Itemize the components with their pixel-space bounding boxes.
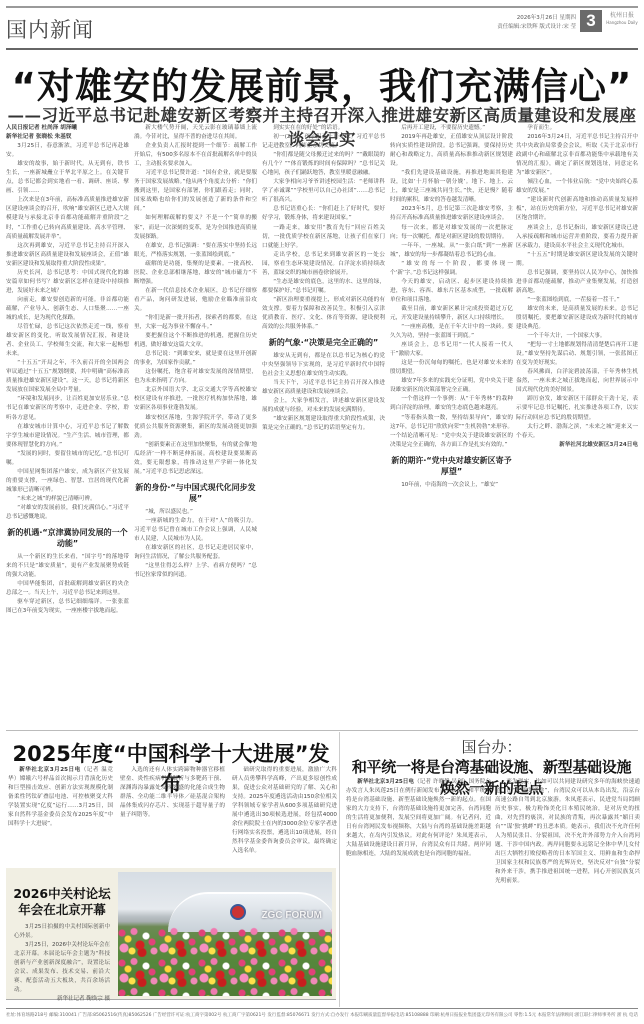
paragraph: 在雄安，总书记强调：“要在落实中坚持长远眼光，严格落实规划，一张蓝图绘到底。” [134,242,257,260]
section-name: 国内新闻 [6,14,94,44]
paragraph: 2023年5月，总书记第三次赴雄安考察，主持召开高标准高质量推进雄安新区建设座谈… [390,205,513,223]
paragraph: 踔厉奋发，雄安新区干部群众干劲十足，表示要牢记总书记嘱托，扎实推进各项工作，以实… [516,395,638,422]
issue-meta: 2026年3月26日 星期四 责任编辑:宋铁辉 版式设计:宋 莹 [497,14,576,32]
column-body: 到实实在在的好处”的话语。初一(2)班，孩子们正上语文课。习近平总书记走进教室，… [262,124,385,434]
forum-caption-1: 3月25日拍摄的中关村国际创新中心外景。 [14,923,110,941]
paragraph: 疏解的是功能，集聚的是要素。一批高校、医院、企业总部相继落地，雄安的“城市磁力”… [134,260,257,287]
paragraph: 太行之畔、渤海之滨，“未来之城”迎来又一个春天。 [516,423,638,441]
column-body: 3月25日，春意渐浓，习近平总书记再赴雄安。雄安的故事，始于新时代。从无到有，铁… [6,142,129,616]
section-subheading: 新的身份·“与中国式现代化同步发展” [134,482,257,504]
paragraph: 到实实在在的好处”的话语。 [262,124,385,133]
forum-caption-2: 3月25日，2026中关村论坛年会在北京开幕。本届论坛年会主题为“科技创新与产业… [14,941,110,995]
paragraph: “城，所以盛民也。” [134,508,257,517]
paragraph: 倾注心血，一个伟业启航：“党中央始终心系雄安的发展。” [516,178,638,196]
paragraph: “发展的同时，要留住城市的记忆。”总书记叮嘱。 [6,450,129,468]
paragraph: “未来之城”的样貌已清晰可辨。 [6,495,129,504]
paragraph: “对雄安的发展前景，我们充满信心。”习近平总书记感慨地说。 [6,504,129,522]
forum-caption: 3月25日拍摄的中关村国际创新中心外景。 3月25日，2026中关村论坛年会在北… [14,923,110,1004]
paragraph: “我们先建设基础设施，再推进地面其他建设，比如‘十月怀胎一朝分娩’。地下、地上、… [390,169,513,205]
forum-logo-icon [230,904,246,920]
section-subheading: 新的气象·“决策是完全正确的” [262,337,385,348]
paragraph: 中国星网集团落户雄安，成为新区产业发展的重要支撑，一座绿色、智慧、宜居的现代化新… [6,468,129,495]
paragraph: “雄安的每一个阶段，都要体现一个‘新’字。”总书记这样强调。 [390,260,513,278]
paragraph: 雄安从无到有，都是在以总书记为核心的党中央坚强领导下实现的，是习近平新时代中国特… [262,352,385,379]
paragraph: 3月25日，春意渐浓，习近平总书记再赴雄安。 [6,142,129,160]
paragraph: 每一次来，都是对雄安发展的一次把脉定向；每一次嘱托，都是对新区建设的殷切期待。 [390,224,513,242]
forum-photo: ZGC FORUM [118,872,332,996]
section-subheading: 新的期许·“党中央对雄安新区寄予厚望” [390,455,513,477]
byline-xinhua: 新华社记者 张晓松 朱基钗 [6,133,129,142]
masthead: 国内新闻 2026年3月26日 星期四 责任编辑:宋铁辉 版式设计:宋 莹 3 … [6,6,638,46]
paragraph: 如何理解疏解的要义？不是一个“简单的搬家”，而是一次深刻的变革，是为全国推进高质… [134,214,257,241]
column-body: 孕育而生。2016年3月24日，习近平总书记主持召开中共中央政治局常委会会议，听… [516,124,638,450]
paragraph: 总书记说：“到雄安来，就是要在这里开创新的事业，为国家作贡献。” [134,350,257,368]
paragraph: 总书记强调，要坚持以人民为中心，加快推进非首都功能疏解，推动产业集聚发展，打造创… [516,269,638,296]
paragraph: 企业负责人汇报时提到一个细节：疏解工作开始后，有500多名原本不在首批疏解名单中… [134,142,257,169]
paragraph: 驱车穿过新区，总书记细细端详。一张张蓝图已在3年前变为现实，一座座楼宇拔地而起。 [6,598,129,616]
paragraph: “生态是雄安的底色，这里的水、这里的绿，都要保护好。”总书记叮嘱。 [262,278,385,296]
paragraph: 这次再到雄安，习近平总书记主持召开深入推进雄安新区高质量建设和发展座谈会，正值“… [6,242,129,269]
paragraph: 大家争相向习爷爷讲述校园生活：“老师讲科学了赤诚课”“学校里可以自己办社团”……… [262,178,385,205]
science-text: （记者 温竞华）嫦娥六号样品首次揭示月背演化历史和巨型撞击效应、创新方法实现规模… [8,767,113,827]
forum-sign: ZGC FORUM [261,910,322,921]
paper-logo: 杭州日报 Hangzhou Daily [606,11,638,26]
paragraph: 今天的雄安，启动区、起步区建设持续推进，容东、容西、雄东片区基本成型，一批疏解单… [390,278,513,305]
paragraph: 在新一代信息技术企业展区，总书记仔细察看产品，询问研发进展，勉励企业瞄准前沿攻关… [134,287,257,314]
paragraph: 北京外国语大学、北京交通大学等高校雄安校区建设有序推进，一批医疗机构加快落地，雄… [134,386,257,413]
paragraph: “环境和发展同步，让百姓更加安居乐业。”总书记在雄安新区的考察中，走进企业、学校… [6,395,129,422]
column-divider [339,732,340,1007]
taiwan-kicker: 国台办： [345,736,638,757]
paragraph: 总书记语重心长：“你们赶上了好时代，要好好学习，锻炼身体，将来建设国家。” [262,205,385,223]
lead-column-5: 孕育而生。2016年3月24日，习近平总书记主持召开中共中央政治局常委会会议，听… [516,124,638,724]
taiwan-text: （记者 许晓静 吴剑）国务院台办发言人朱凤莲25日在例行新闻发布会上表示，和平统… [346,779,491,857]
column-body: 新大楼气势开阔，天光云影在玻璃幕墙上流淌。今昔对比，显得不普的奋进尽在其间。企业… [134,124,257,580]
paragraph: 走出学校，总书记来到雄安新区的一处公园，察看生态环境建设情况。白洋淀水质持续改善… [262,251,385,278]
paragraph: “雄安新区规划建设取得重大阶段性成果，决策是完全正确的。”总书记的话语坚定有力。 [262,415,385,433]
paragraph: 中国华能集团，首批疏解到雄安新区的央企总部之一。当天上午，习近平总书记来到这里。 [6,580,129,598]
paragraph: 后再开工建设，不要留历史遗憾。” [390,124,513,133]
science-text: 入选的还有人体实跨蹄物种器官移植壁垒、炎性疾病机制解析与多靶药干预、深渊海沟暴露… [120,766,225,820]
paragraph: 一个借这样一个事例：从“千年秀林”的栽种到白洋淀的治理，雄安的生态底色越来越亮。 [390,395,513,413]
paragraph: 向前走，雄安要创造新的可能。非首都功能疏解，产业导入、创新生态、人口集聚……一座… [6,296,129,323]
paragraph: 2019年再赴雄安，正值雄安从顶层设计阶段转向实质性建设阶段。总书记强调，要保持… [390,133,513,169]
paragraph: 雄安校区落地，生源学院开学，带动了更多优质公共服务资源聚集，新区的发展动能更加强… [134,414,257,441]
science-text: 础研究取得的重要进展，激励广大科研人员勇攀科学高峰，产出更多原创性成果，促进公众… [232,766,337,856]
science-column-1: 新华社北京3月25日电（记者 温竞华）嫦娥六号样品首次揭示月背演化历史和巨型撞击… [8,766,113,856]
paragraph: “一张蓝图绘到底，一茬接着一茬干。” [516,296,638,305]
paragraph: 在雄安新区的社区，总书记走进居民家中，询问生活情况，了解公共服务配套。 [134,544,257,562]
science-dateline: 新华社北京3月25日电 [19,767,81,773]
paragraph: 截至目前，雄安新区累计完成投资超过万亿元，开发建设量持续攀升，新区人口持续增长。 [390,305,513,323]
footer-imprint: 社址:体育场路218号 邮编:310041 广告部:85062516(传真)85… [6,1008,638,1018]
paragraph: 历史长河，总书记思考：中国式现代化的雄安篇章如何书写？雄安新区怎样在建设中持续推… [6,269,129,296]
paragraph: “新区治理要重视提上，形成对新区功能的有效支撑。要着力保障和改善民生，积极引入京… [262,296,385,332]
science-column-2: 入选的还有人体实跨蹄物种器官移植壁垒、炎性疾病机制解析与多靶药干预、深渊海沟暴露… [120,766,225,856]
paragraph: 2016年3月24日，习近平总书记主持召开中共中央政治局常委会会议，听取《关于北… [516,133,638,178]
paragraph: 一个千年大计，一个国家大事。 [516,332,638,341]
science-column-3: 础研究取得的重要进展，激励广大科研人员勇攀科学高峰，产出更多原创性成果，促进公众… [232,766,337,856]
paragraph: 孕育而生。 [516,124,638,133]
paragraph: “十五五”开局之年，不久前召开的全国两会审议通过“十五五”规划纲要，其中明确“高… [6,359,129,395]
paper-name-en: Hangzhou Daily [606,20,638,26]
paragraph: 座谈会上，总书记用“一代人接着一代人干”激励大家。 [390,341,513,359]
taiwan-dateline: 新华社北京3月25日电 [357,779,414,785]
forum-headline-line-2: 年会在北京开幕 [12,902,112,918]
paragraph: 一年年，一座城。从“一张白纸”到“一座新城”，雄安的每一步都凝结着总书记的心血。 [390,242,513,260]
paragraph: 一路走来，雄安用“教育先行”回应百姓关切，一批优质学校在新区落地，让孩子们在家门… [262,224,385,251]
lead-column-1: 人民日报记者 杜尚泽 胡泽曦 新华社记者 张晓松 朱基钗 3月25日，春意渐浓，… [6,124,129,724]
lead-column-2: 新大楼气势开阔，天光云影在玻璃幕墙上流淌。今昔对比，显得不普的奋进尽在其间。企业… [134,124,257,724]
flower-bed [118,927,332,996]
paragraph: 新大楼气势开阔，天光云影在玻璃幕墙上流淌。今昔对比，显得不普的奋进尽在其间。 [134,124,257,142]
paragraph: 雄安7年多来的实践充分证明，党中央关于建设雄安新区的决策部署完全正确。 [390,377,513,395]
lead-column-3: 到实实在在的好处”的话语。初一(2)班，孩子们正上语文课。习近平总书记走进教室，… [262,124,385,724]
paragraph: “等着指头数一数，坚持结果导向”，雄安的这7年，总书记用“欣欣向荣”“生机勃勃”… [390,414,513,450]
paragraph: 当天下午，习近平总书记主持召开深入推进雄安新区高质量建设和发展座谈会。 [262,379,385,397]
paragraph: 一座新城的生命力，在于对“人”的吸引力。习近平总书记曾在城市工作会议上强调，人民… [134,517,257,544]
forum-headline-line-1: 2026中关村论坛 [12,886,112,902]
section-subheading: 新的机遇·“京津冀协同发展的一个动能” [6,527,129,549]
paragraph: 习近平总书记赞许道：“国有企业，就是要服务于国家发展战略。”他从两个角度去分析：… [134,169,257,214]
paragraph: “建设新时代创新高地和推动高质量发展样板”，站在历史的新方位，习近平总书记对雄安… [516,196,638,223]
taiwan-column-1: 新华社北京3月25日电（记者 许晓静 吴剑）国务院台办发言人朱凤莲25日在例行新… [346,778,491,1000]
paragraph: 要把握住这个不断推进的机遇，把握住历史机遇，做好雄安这篇大文章。 [134,332,257,350]
paragraph: 10年前，中南海的一次会议上，“雄安” [390,481,513,490]
byline-people-daily: 人民日报记者 杜尚泽 胡泽曦 [6,124,129,133]
paragraph: “你们都是随父母搬迁过来的吗？”“戴眼镜的有几个？”“体育锻炼的时间有保障吗？”… [262,151,385,178]
taiwan-column-2: 变为现实，比如可以共同建设研究多年的海峡快速通道，让“天堑变通途”，台湾民众可以… [495,778,640,1000]
paragraph: 这是一份沉甸甸的嘱托，也是对雄安未来的殷切期望。 [390,359,513,377]
paragraph: 雄安的未来，是高质量发展的未来。总书记殷切嘱托，要把雄安新区建设成为新时代的城市… [516,305,638,332]
paragraph: 上次来是在3年前，高标准高质量推进雄安新区建设座谈会的召开，吹响“雄安新区已进入… [6,196,129,241]
paragraph: 雄安的故事，始于新时代。从无到有，铁书生长，一座新城矗立于华北平原之上。在关键节… [6,160,129,196]
photo-credit: 新华社记者 鞠焕宗 摄 [14,995,110,1004]
paragraph: 春风拂面，白洋淀碧波荡漾，千年秀林生机盎然，一座未来之城正拔地而起，向世界展示中… [516,368,638,395]
lead-column-4: 后再开工建设，不要留历史遗憾。”2019年再赴雄安，正值雄安从顶层设计阶段转向实… [390,124,513,724]
paragraph: 这份嘱托，饱含着对雄安发展的深情期望，也为未来指明了方向。 [134,368,257,386]
paragraph: 在雄安城市计算中心，习近平总书记了解数字孪生城市建设情况。“生产生活、城市管理，… [6,423,129,450]
page-number-badge: 3 [580,10,602,32]
paragraph: 尽管忙碌，总书记这次依然走近一线，察看雄安新区的变化，听取发展情况汇报，和建设者… [6,323,129,359]
issue-date: 2026年3月26日 星期四 [497,14,576,23]
editors-line: 责任编辑:宋铁辉 版式设计:宋 莹 [497,23,576,32]
paragraph: “你们是新一批开拓者，探索者的都要，在这里，大家一起为事业不懈奋斗。” [134,314,257,332]
paragraph: 座谈会上，总书记指出，雄安新区建设已进入承接疏解和城市运营并重阶段，要着力提升新… [516,224,638,251]
paragraph: “十五五”时期是雄安新区建设发展的关键时期。 [516,251,638,269]
paragraph: 从一个新区的生长来看，“国字号”的落地带来的不只是“雄安质量”，更有产业发展聚势… [6,553,129,580]
column-body: 后再开工建设，不要留历史遗憾。”2019年再赴雄安，正值雄安从顶层设计阶段转向实… [390,124,513,490]
paragraph: “把每一寸土地都规划得清清楚楚后再开工建设。”雄安坚持先谋后动、规划引领，一张蓝… [516,341,638,368]
forum-headline: 2026中关村论坛 年会在北京开幕 [12,886,112,918]
taiwan-text: 变为现实，比如可以共同建设研究多年的海峡快速通道，让“天堑变通途”，台湾民众可以… [495,778,640,886]
masthead-rule [6,48,638,50]
dateline: 新华社河北雄安新区3月24日电 [516,441,638,450]
paragraph: “这里住得怎么样？上学、看病方便吗？”总书记拉家常似的问道。 [134,562,257,580]
paragraph: 会上，大家争相发言，讲述雄安新区建设发展的成就与经验，对未来的发展充满期待。 [262,397,385,415]
paragraph: “一座座高楼，是在千年大计中的一块砖。要久久为功，坚持一张蓝图干到底。” [390,323,513,341]
forum-photo-box: 2026中关村论坛 年会在北京开幕 3月25日拍摄的中关村国际创新中心外景。 3… [6,868,336,1000]
section-divider [6,730,638,731]
paragraph: “创新要素正在这里加快聚集，有的就会像‘地瓜经济’一样不断延伸拓展。高校建设要果… [134,441,257,477]
paragraph: 初一(2)班，孩子们正上语文课。习近平总书记走进教室，同师生亲切交流。 [262,133,385,151]
paper-name: 杭州日报 [606,11,638,20]
